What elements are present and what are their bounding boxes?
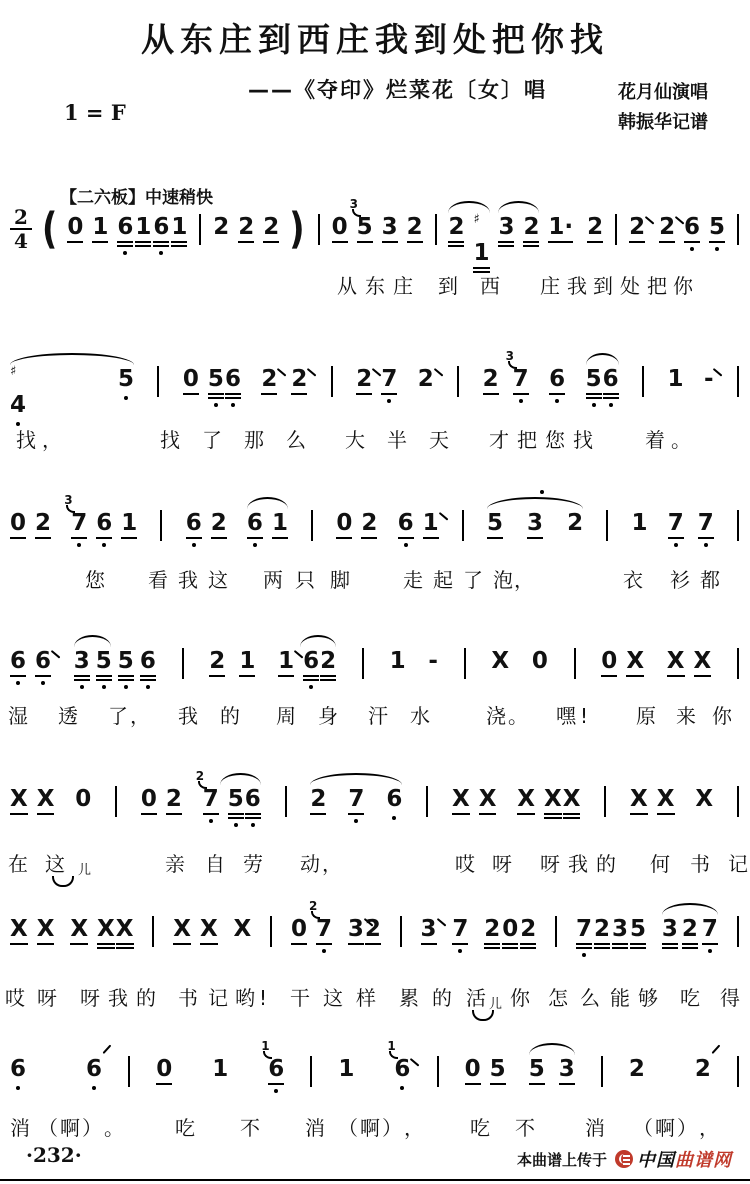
jianpu-note: 3 xyxy=(348,916,364,945)
lyric-char: 西 xyxy=(480,274,500,298)
duration-underline xyxy=(141,813,157,815)
note-value: 1 xyxy=(171,214,187,240)
lyric-char: 把 xyxy=(517,428,537,452)
lyric-char: 的 xyxy=(596,852,616,876)
duration-underline xyxy=(140,675,156,677)
jianpu-note: 2 xyxy=(484,916,500,949)
beat-group: 61 xyxy=(247,510,288,547)
barline xyxy=(642,366,644,397)
barline xyxy=(152,916,154,947)
jianpu-note: X xyxy=(452,786,470,815)
duration-underline xyxy=(576,947,592,949)
low-octave-dot xyxy=(582,953,586,957)
lyric-char: 能 xyxy=(610,986,630,1010)
beat-group: 77 xyxy=(668,510,714,547)
low-octave-dot xyxy=(519,399,523,403)
duration-underline xyxy=(502,947,518,949)
jianpu-note: 2 xyxy=(523,214,539,247)
note-value: 6 xyxy=(35,648,51,674)
duration-underline xyxy=(74,675,90,677)
jianpu-note: X xyxy=(70,916,88,945)
note-value: 1· xyxy=(548,214,573,240)
beat-group: 62 xyxy=(186,510,227,547)
beat-group: 072 xyxy=(291,916,332,953)
lyric-char: ） xyxy=(82,1116,102,1140)
low-octave-dot xyxy=(609,403,613,407)
lyric-char: 了 xyxy=(108,704,128,728)
duration-underline xyxy=(544,817,562,819)
lyric-char: 在 xyxy=(8,852,28,876)
jianpu-note: X xyxy=(200,916,218,945)
lyric-char: 这 xyxy=(208,568,228,592)
jianpu-note: 1 xyxy=(92,214,108,243)
duration-underline xyxy=(667,675,685,677)
note-value: X xyxy=(479,786,497,812)
slur-arc xyxy=(662,903,718,915)
jianpu-note: 7 xyxy=(348,786,364,823)
note-value: 2 xyxy=(356,366,372,392)
note-value: 1 xyxy=(423,510,439,536)
duration-underline xyxy=(245,813,261,815)
score-line-1: 24(016161222)053322♯1321·22265从东庄到西庄我到处把… xyxy=(10,196,742,312)
jianpu-note: 2 xyxy=(365,916,381,945)
barline xyxy=(604,786,606,817)
jianpu-note: 7 xyxy=(698,510,714,547)
lyric-char: 怎 xyxy=(548,986,568,1010)
duration-underline xyxy=(336,537,352,539)
duration-underline xyxy=(97,943,115,945)
jianpu-note: 1· xyxy=(548,214,573,243)
duration-underline xyxy=(659,241,675,243)
jianpu-note: 1 xyxy=(278,648,294,677)
note-value: 3 xyxy=(662,916,678,942)
note-value: 7 xyxy=(203,786,219,812)
lyric-char: 走 xyxy=(403,568,423,592)
credits: 花月仙演唱 韩振华记谱 xyxy=(618,78,708,138)
lyric-char: 你 xyxy=(510,986,530,1010)
note-value: X xyxy=(517,786,535,812)
jianpu-note: X xyxy=(657,786,675,815)
lyric-char: 够 xyxy=(638,986,658,1010)
lyric-char: 的 xyxy=(432,986,452,1010)
beat-group: X xyxy=(695,786,713,812)
lyric-char: 这 xyxy=(323,986,343,1010)
note-value: 2 xyxy=(523,214,539,240)
lyric-char: 周 xyxy=(276,704,296,728)
lyric-char: 呀 xyxy=(492,852,512,876)
jianpu-note: 61 xyxy=(268,1056,284,1093)
barline xyxy=(400,916,402,947)
duration-underline xyxy=(261,393,277,395)
note-value: 2 xyxy=(448,214,464,240)
duration-underline xyxy=(225,393,241,395)
duration-underline xyxy=(320,675,336,677)
jianpu-note: 2 xyxy=(310,786,326,815)
beat-group: XXX xyxy=(517,786,580,819)
site-name: 中国曲谱网 xyxy=(637,1146,732,1172)
site-name-dark: 中国 xyxy=(637,1150,675,1171)
note-value: 2 xyxy=(659,214,675,240)
beat-group: 66 xyxy=(10,648,51,685)
note-value: 0 xyxy=(332,214,348,240)
note-value: 3 xyxy=(74,648,90,674)
note-value: X xyxy=(173,916,191,942)
duration-underline xyxy=(70,943,88,945)
note-value: X xyxy=(544,786,562,812)
duration-underline xyxy=(135,241,151,243)
note-value: 2 xyxy=(361,510,377,536)
jianpu-note: 0 xyxy=(291,916,307,945)
lyric-char: ! xyxy=(259,986,267,1010)
duration-underline xyxy=(544,813,562,815)
duration-underline xyxy=(498,241,514,243)
duration-underline xyxy=(682,947,698,949)
duration-underline xyxy=(37,943,55,945)
lyrics-row: 从东庄到西庄我到处把你 xyxy=(10,274,742,304)
jianpu-note: 5 xyxy=(630,916,646,949)
duration-underline xyxy=(208,397,224,399)
duration-underline xyxy=(448,245,464,247)
low-octave-dot xyxy=(102,543,106,547)
beat-group: 1 xyxy=(390,648,406,674)
jianpu-note: - xyxy=(704,366,714,392)
note-value: 1 xyxy=(631,510,647,536)
downward-slide-mark xyxy=(51,650,61,659)
jianpu-note: 6 xyxy=(140,648,156,689)
duration-underline xyxy=(603,393,619,395)
duration-underline xyxy=(245,817,261,819)
jianpu-note: 6 xyxy=(684,214,700,251)
jianpu-note: 2 xyxy=(211,510,227,539)
note-value: 2 xyxy=(629,214,645,240)
note-value: 2 xyxy=(484,916,500,942)
note-value: 7 xyxy=(668,510,684,536)
barline xyxy=(310,1056,312,1087)
duration-underline xyxy=(97,947,115,949)
slur-arc xyxy=(247,497,288,509)
note-value: 6 xyxy=(268,1056,284,1082)
beat-group: 22 xyxy=(261,366,307,395)
lyric-char: 水 xyxy=(410,704,430,728)
duration-underline xyxy=(523,241,539,243)
note-value: 2 xyxy=(407,214,423,240)
duration-underline xyxy=(203,813,219,815)
jianpu-note: 5 xyxy=(118,648,134,689)
jianpu-note: 5 xyxy=(487,510,503,539)
duration-underline xyxy=(483,393,499,395)
low-octave-dot xyxy=(674,543,678,547)
beat-group: X xyxy=(234,916,252,942)
low-octave-dot xyxy=(77,543,81,547)
note-value: 2 xyxy=(291,366,307,392)
note-value: 6 xyxy=(684,214,700,240)
barline xyxy=(331,366,333,397)
note-value: X xyxy=(694,648,712,674)
jianpu-note: 0 xyxy=(10,510,26,539)
jianpu-note: 2 xyxy=(594,916,610,949)
duration-underline xyxy=(520,947,536,949)
note-value: 2 xyxy=(365,916,381,942)
jianpu-note: 5 xyxy=(586,366,602,407)
note-value: 0 xyxy=(336,510,352,536)
lyric-char: 湿 xyxy=(8,704,28,728)
note-value: 7 xyxy=(71,510,87,536)
note-value: 6 xyxy=(398,510,414,536)
duration-underline xyxy=(92,241,108,243)
jianpu-note: 6 xyxy=(117,214,133,255)
score-line-6: XXXXXXXX07232372027235327哎呀呀我的书记哟!干这样累的活… xyxy=(10,898,742,1014)
barline xyxy=(426,786,428,817)
beat-group: - xyxy=(704,366,714,392)
beat-group: 56 xyxy=(586,366,619,407)
note-value: 3 xyxy=(421,916,437,942)
beat-group: XX xyxy=(630,786,674,815)
lyric-char: 动 xyxy=(300,852,320,876)
lyric-char: 呀 xyxy=(540,852,560,876)
duration-underline xyxy=(316,943,332,945)
note-value: 6 xyxy=(386,786,402,812)
note-value: 7 xyxy=(452,916,468,942)
lyric-char: 消 xyxy=(585,1116,605,1140)
lyric-char: 哎 xyxy=(455,852,475,876)
slur-arc xyxy=(10,353,134,365)
duration-underline xyxy=(118,679,134,681)
duration-underline xyxy=(263,241,279,243)
lyric-char: （ xyxy=(338,1116,358,1140)
jianpu-note: 2 xyxy=(320,648,336,681)
duration-underline xyxy=(118,675,134,677)
jianpu-note: 0 xyxy=(75,786,91,812)
low-octave-dot xyxy=(592,403,596,407)
barline xyxy=(615,214,617,245)
beat-group: 7361 xyxy=(71,510,137,547)
duration-underline xyxy=(303,675,319,677)
note-value: 1 xyxy=(135,214,151,240)
lyric-char: 么 xyxy=(580,986,600,1010)
note-value: 0 xyxy=(67,214,83,240)
note-value: 6 xyxy=(247,510,263,536)
grace-note: 3 xyxy=(350,198,358,210)
note-value: X xyxy=(695,786,713,812)
jianpu-note: X xyxy=(97,916,115,949)
duration-underline xyxy=(563,817,581,819)
song-title: 从东庄到西庄我到处把你找 xyxy=(0,14,750,61)
lyric-char: 么 xyxy=(286,428,306,452)
slur-arc xyxy=(487,497,583,509)
low-octave-dot xyxy=(555,399,559,403)
duration-underline xyxy=(520,943,536,945)
jianpu-note: 1 xyxy=(272,510,288,539)
lyric-char: 哎 xyxy=(5,986,25,1010)
low-octave-dot xyxy=(322,949,326,953)
note-value: 3 xyxy=(382,214,398,240)
beat-group: ♯45 xyxy=(10,366,134,426)
score-line-7: 660161161055322消（啊）。吃不消（啊），吃不消（啊）， xyxy=(10,1038,742,1154)
duration-underline xyxy=(423,537,439,539)
grace-note: 2 xyxy=(309,900,317,912)
note-value: 5 xyxy=(357,214,373,240)
beat-group: XX xyxy=(10,916,54,945)
note-value: 5 xyxy=(228,786,244,812)
lyric-char: 天 xyxy=(429,428,449,452)
note-value: 5 xyxy=(630,916,646,942)
note-value: X xyxy=(630,786,648,812)
duration-underline xyxy=(657,813,675,815)
duration-underline xyxy=(35,675,51,677)
duration-underline xyxy=(563,813,581,815)
duration-underline xyxy=(576,943,592,945)
jianpu-note: - xyxy=(428,648,438,674)
jianpu-note: X xyxy=(479,786,497,815)
barline xyxy=(574,648,576,679)
lyric-char: 儿 xyxy=(78,859,91,883)
score-line-4: 663556211621-X00XXX湿透了，我的周身汗水浇。嘿!原来你 xyxy=(10,630,742,746)
lyrics-row: 在这儿亲自劳动，哎呀呀我的何书记 xyxy=(10,852,742,882)
duration-underline xyxy=(407,241,423,243)
lyric-char: 嘿 xyxy=(556,704,576,728)
barline xyxy=(462,510,464,541)
jianpu-note: X xyxy=(116,916,134,949)
duration-underline xyxy=(247,537,263,539)
jianpu-note: 2 xyxy=(629,1056,645,1082)
lyric-char: 吃 xyxy=(175,1116,195,1140)
duration-underline xyxy=(398,537,414,539)
lyric-char: 啊 xyxy=(655,1116,675,1140)
jianpu-note: 0 xyxy=(336,510,352,539)
duration-underline xyxy=(513,393,529,395)
lyric-char: 干 xyxy=(290,986,310,1010)
jianpu-note: 6 xyxy=(245,786,261,827)
duration-underline xyxy=(117,245,133,247)
jianpu-note: 0 xyxy=(183,366,199,395)
beat-group: XX xyxy=(173,916,217,945)
lyric-char: 。 xyxy=(104,1116,124,1140)
duration-underline xyxy=(186,537,202,539)
barline xyxy=(464,648,466,679)
barline xyxy=(362,648,364,679)
barline xyxy=(157,366,159,397)
note-value: 1 xyxy=(278,648,294,674)
duration-underline xyxy=(228,817,244,819)
note-value: 3 xyxy=(498,214,514,240)
lyric-char: 吃 xyxy=(680,986,700,1010)
lyric-char: 你 xyxy=(673,274,693,298)
sharp-accidental: ♯ xyxy=(10,359,27,385)
jianpu-note: 3 xyxy=(662,916,678,949)
note-value: 1 xyxy=(92,214,108,240)
beat-group: 02 xyxy=(336,510,377,539)
score-line-2: ♯45056222722736561-找，找了那么大半天才把您找着。 xyxy=(10,348,742,464)
note-value: 6 xyxy=(603,366,619,392)
jianpu-note: 3 xyxy=(421,916,437,945)
jianpu-note: X xyxy=(37,916,55,945)
low-octave-dot xyxy=(274,1089,278,1093)
low-octave-dot xyxy=(16,1086,20,1090)
watermark: 本曲谱上传于 中国曲谱网 xyxy=(517,1146,732,1172)
page-number: ·232· xyxy=(26,1143,82,1167)
beat-group: 0 xyxy=(532,648,548,674)
score-line-3: 02736162610261532177您看我这两只脚走起了泡，衣衫都 xyxy=(10,492,742,608)
duration-underline xyxy=(586,397,602,399)
lyric-char: 处 xyxy=(620,274,640,298)
jianpu-note: 5 xyxy=(709,214,725,251)
note-value: 2 xyxy=(629,1056,645,1082)
low-octave-dot xyxy=(102,685,106,689)
jianpu-note: 2 xyxy=(263,214,279,243)
lyrics-row: 您看我这两只脚走起了泡，衣衫都 xyxy=(10,568,742,598)
beat-group: XXX xyxy=(70,916,133,949)
beat-group: - xyxy=(428,648,438,674)
duration-underline xyxy=(272,537,288,539)
beat-group: 532 xyxy=(487,510,583,539)
lyric-char: ! xyxy=(580,704,588,728)
beat-group: 01 xyxy=(67,214,108,243)
duration-underline xyxy=(183,393,199,395)
low-octave-dot xyxy=(16,422,20,426)
note-value: 2 xyxy=(594,916,610,942)
lyric-char: 不 xyxy=(240,1116,260,1140)
duration-underline xyxy=(490,1083,506,1085)
low-octave-dot xyxy=(92,1086,96,1090)
downward-slide-mark xyxy=(372,368,382,377)
notation-row: 02736162610261532177 xyxy=(10,492,742,547)
lyric-char: 半 xyxy=(387,428,407,452)
jianpu-note: 6 xyxy=(186,510,202,547)
duration-underline xyxy=(702,943,718,945)
duration-underline xyxy=(709,241,725,243)
duration-underline xyxy=(498,245,514,247)
jianpu-note: 73 xyxy=(71,510,87,547)
lyric-char: 到 xyxy=(438,274,458,298)
low-octave-dot xyxy=(309,685,313,689)
note-value: 7 xyxy=(702,916,718,942)
beat-group: 27 xyxy=(356,366,397,403)
jianpu-note: X xyxy=(626,648,644,677)
slur-arc xyxy=(300,635,336,647)
lyric-char: 记 xyxy=(728,852,748,876)
jianpu-note: 0 xyxy=(601,648,617,677)
sheet-music-page: 从东庄到西庄我到处把你找 ——《夺印》烂菜花〔女〕唱 花月仙演唱 韩振华记谱 1… xyxy=(0,0,750,1184)
lyrics-row: 找，找了那么大半天才把您找着。 xyxy=(10,428,742,458)
downward-slide-mark xyxy=(436,918,446,927)
beat-group: 273 xyxy=(483,366,529,403)
jianpu-note: X xyxy=(694,648,712,677)
jianpu-note: ♯1 xyxy=(473,214,489,273)
jianpu-note: 2 xyxy=(448,214,464,247)
barline xyxy=(437,1056,439,1087)
barline xyxy=(737,510,739,541)
barline xyxy=(737,1056,739,1087)
note-value: - xyxy=(428,648,438,674)
note-value: 0 xyxy=(532,648,548,674)
duration-underline xyxy=(135,245,151,247)
note-value: X xyxy=(97,916,115,942)
barline xyxy=(435,214,437,245)
lyric-char: 了 xyxy=(202,428,222,452)
beat-group: X xyxy=(491,648,509,674)
jianpu-note: ♯4 xyxy=(10,366,26,426)
jianpu-note: 1 xyxy=(135,214,151,247)
duration-underline xyxy=(74,679,90,681)
note-value: 7 xyxy=(698,510,714,536)
grace-note: 1 xyxy=(261,1040,269,1052)
barline xyxy=(457,366,459,397)
jianpu-note: 2 xyxy=(567,510,583,536)
duration-underline xyxy=(452,943,468,945)
jianpu-note: 3 xyxy=(74,648,90,689)
lyric-char: 消 xyxy=(305,1116,325,1140)
beat-group: 22 xyxy=(629,1056,711,1082)
